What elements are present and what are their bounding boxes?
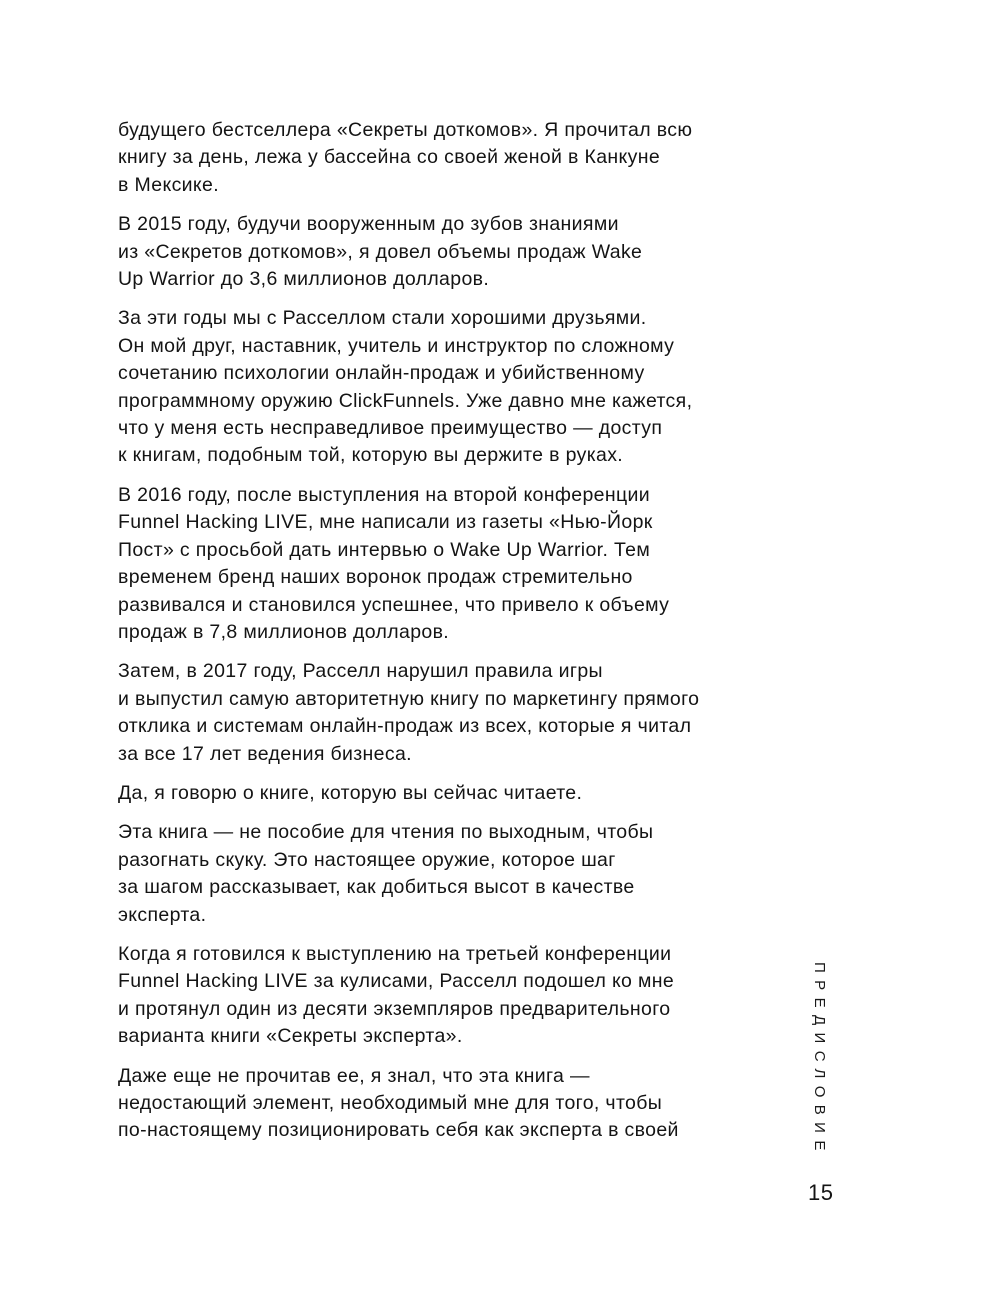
paragraph: Затем, в 2017 году, Расселл нарушил прав…: [118, 658, 798, 768]
text-line: по-настоящему позиционировать себя как э…: [118, 1117, 798, 1144]
text-line: сочетанию психологии онлайн-продаж и уби…: [118, 360, 798, 387]
text-line: эксперта.: [118, 902, 798, 929]
text-line: В 2015 году, будучи вооруженным до зубов…: [118, 211, 798, 238]
paragraph: Когда я готовился к выступлению на треть…: [118, 941, 798, 1051]
paragraph: В 2015 году, будучи вооруженным до зубов…: [118, 211, 798, 293]
paragraph: Даже еще не прочитав ее, я знал, что эта…: [118, 1063, 798, 1145]
text-line: программному оружию ClickFunnels. Уже да…: [118, 388, 798, 415]
text-line: отклика и системам онлайн-продаж из всех…: [118, 713, 798, 740]
text-line: за шагом рассказывает, как добиться высо…: [118, 874, 798, 901]
text-line: Затем, в 2017 году, Расселл нарушил прав…: [118, 658, 798, 685]
text-line: Funnel Hacking LIVE, мне написали из газ…: [118, 509, 798, 536]
text-line: развивался и становился успешнее, что пр…: [118, 592, 798, 619]
text-line: временем бренд наших воронок продаж стре…: [118, 564, 798, 591]
paragraph: будущего бестселлера «Секреты доткомов».…: [118, 117, 798, 199]
text-line: варианта книги «Секреты эксперта».: [118, 1023, 798, 1050]
paragraph: Эта книга — не пособие для чтения по вых…: [118, 819, 798, 929]
text-line: Даже еще не прочитав ее, я знал, что эта…: [118, 1063, 798, 1090]
text-line: Пост» с просьбой дать интервью о Wake Up…: [118, 537, 798, 564]
text-line: Up Warrior до 3,6 миллионов долларов.: [118, 266, 798, 293]
text-line: Да, я говорю о книге, которую вы сейчас …: [118, 780, 798, 807]
paragraph: За эти годы мы с Расселлом стали хорошим…: [118, 305, 798, 469]
text-line: что у меня есть несправедливое преимущес…: [118, 415, 798, 442]
running-head: ПРЕДИСЛОВИЕ: [808, 962, 830, 1152]
text-line: Funnel Hacking LIVE за кулисами, Расселл…: [118, 968, 798, 995]
text-line: За эти годы мы с Расселлом стали хорошим…: [118, 305, 798, 332]
text-line: из «Секретов доткомов», я довел объемы п…: [118, 239, 798, 266]
text-line: Эта книга — не пособие для чтения по вых…: [118, 819, 798, 846]
paragraph: Да, я говорю о книге, которую вы сейчас …: [118, 780, 798, 807]
text-line: будущего бестселлера «Секреты доткомов».…: [118, 117, 798, 144]
text-line: Когда я готовился к выступлению на треть…: [118, 941, 798, 968]
text-line: В 2016 году, после выступления на второй…: [118, 482, 798, 509]
body-text: будущего бестселлера «Секреты доткомов».…: [118, 117, 798, 1157]
text-line: Он мой друг, наставник, учитель и инстру…: [118, 333, 798, 360]
text-line: за все 17 лет ведения бизнеса.: [118, 741, 798, 768]
text-line: и выпустил самую авторитетную книгу по м…: [118, 686, 798, 713]
section-title-vertical: ПРЕДИСЛОВИЕ: [808, 962, 830, 1158]
text-line: недостающий элемент, необходимый мне для…: [118, 1090, 798, 1117]
book-page: будущего бестселлера «Секреты доткомов».…: [0, 0, 986, 1299]
text-line: книгу за день, лежа у бассейна со своей …: [118, 144, 798, 171]
text-line: к книгам, подобным той, которую вы держи…: [118, 442, 798, 469]
text-line: и протянул один из десяти экземпляров пр…: [118, 996, 798, 1023]
text-line: продаж в 7,8 миллионов долларов.: [118, 619, 798, 646]
text-line: разогнать скуку. Это настоящее оружие, к…: [118, 847, 798, 874]
text-line: в Мексике.: [118, 172, 798, 199]
page-number: 15: [808, 1180, 833, 1206]
paragraph: В 2016 году, после выступления на второй…: [118, 482, 798, 646]
